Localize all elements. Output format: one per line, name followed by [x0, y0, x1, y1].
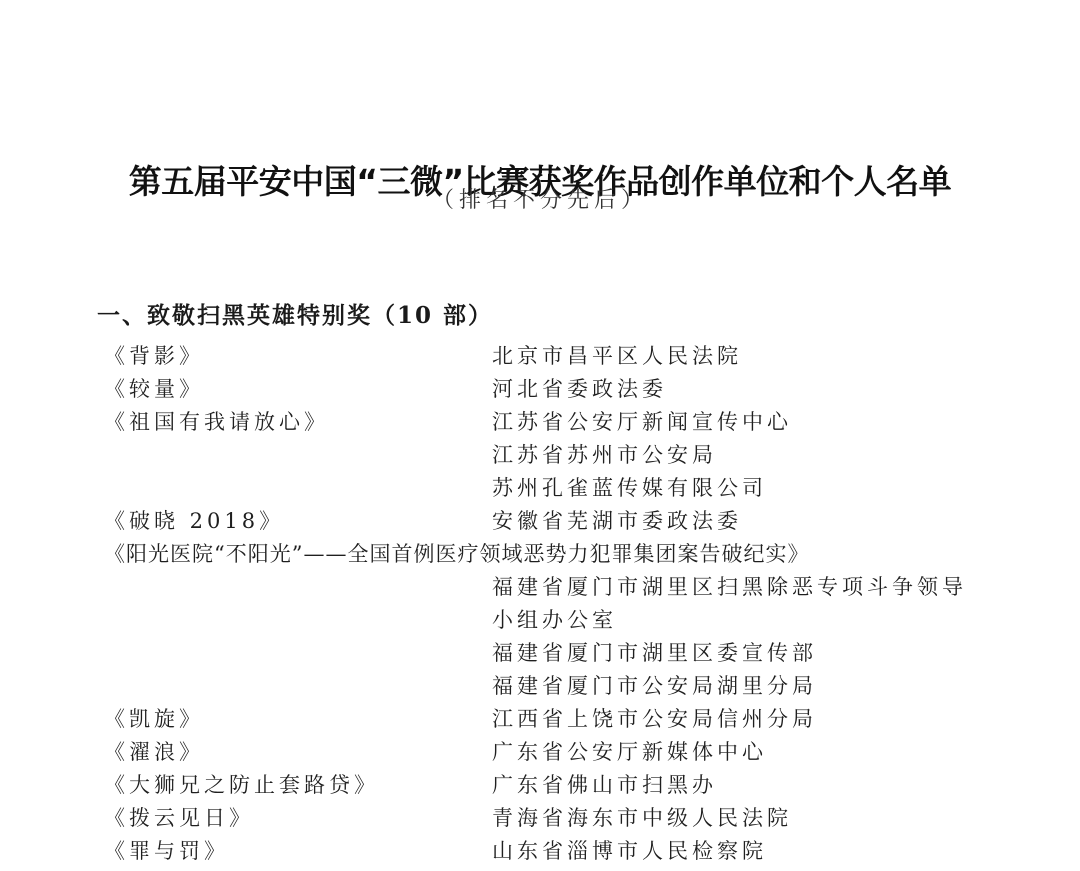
work-title: 《濯浪》	[104, 736, 204, 769]
work-title: 《凯旋》	[104, 703, 204, 736]
creator-unit: 安徽省芜湖市委政法委	[492, 505, 742, 538]
creator-unit: 广东省公安厅新媒体中心	[492, 736, 767, 769]
creator-unit: 江苏省公安厅新闻宣传中心	[492, 406, 792, 439]
list-item: 《较量》 河北省委政法委	[104, 373, 1004, 406]
creator-unit: 福建省厦门市湖里区扫黑除恶专项斗争领导	[492, 571, 967, 604]
work-title: 《罪与罚》	[104, 835, 229, 868]
creator-unit: 小组办公室	[492, 604, 617, 637]
list-item: 福建省厦门市公安局湖里分局	[104, 670, 1004, 703]
creator-unit: 广东省佛山市扫黑办	[492, 769, 717, 802]
work-title: 《破晓 2018》	[104, 505, 284, 538]
creator-unit: 江西省上饶市公安局信州分局	[492, 703, 817, 736]
work-title: 《祖国有我请放心》	[104, 406, 329, 439]
list-item: 福建省厦门市湖里区委宣传部	[104, 637, 1004, 670]
creator-unit: 青海省海东市中级人民法院	[492, 802, 792, 835]
list-item: 《罪与罚》 山东省淄博市人民检察院	[104, 835, 1004, 868]
page-subtitle: （排名不分先后）	[0, 186, 1080, 216]
list-item: 《背影》 北京市昌平区人民法院	[104, 340, 1004, 373]
creator-unit: 福建省厦门市公安局湖里分局	[492, 670, 817, 703]
creator-unit: 北京市昌平区人民法院	[492, 340, 742, 373]
work-title: 《拨云见日》	[104, 802, 254, 835]
list-item: 苏州孔雀蓝传媒有限公司	[104, 472, 1004, 505]
award-list: 《背影》 北京市昌平区人民法院 《较量》 河北省委政法委 《祖国有我请放心》 江…	[104, 340, 1004, 868]
work-title: 《大狮兄之防止套路贷》	[104, 769, 379, 802]
work-title: 《较量》	[104, 373, 204, 406]
list-item: 《祖国有我请放心》 江苏省公安厅新闻宣传中心	[104, 406, 1004, 439]
work-title: 《阳光医院“不阳光”——全国首例医疗领域恶势力犯罪集团案告破纪实》	[104, 538, 809, 571]
creator-unit: 江苏省苏州市公安局	[492, 439, 717, 472]
list-item: 《阳光医院“不阳光”——全国首例医疗领域恶势力犯罪集团案告破纪实》	[104, 538, 1004, 571]
list-item: 《濯浪》 广东省公安厅新媒体中心	[104, 736, 1004, 769]
list-item: 小组办公室	[104, 604, 1004, 637]
list-item: 福建省厦门市湖里区扫黑除恶专项斗争领导	[104, 571, 1004, 604]
creator-unit: 河北省委政法委	[492, 373, 667, 406]
work-title: 《背影》	[104, 340, 204, 373]
list-item: 江苏省苏州市公安局	[104, 439, 1004, 472]
list-item: 《大狮兄之防止套路贷》 广东省佛山市扫黑办	[104, 769, 1004, 802]
list-item: 《拨云见日》 青海省海东市中级人民法院	[104, 802, 1004, 835]
creator-unit: 苏州孔雀蓝传媒有限公司	[492, 472, 767, 505]
section-heading: 一、致敬扫黑英雄特别奖（10 部）	[97, 300, 493, 332]
list-item: 《破晓 2018》 安徽省芜湖市委政法委	[104, 505, 1004, 538]
list-item: 《凯旋》 江西省上饶市公安局信州分局	[104, 703, 1004, 736]
creator-unit: 山东省淄博市人民检察院	[492, 835, 767, 868]
creator-unit: 福建省厦门市湖里区委宣传部	[492, 637, 817, 670]
